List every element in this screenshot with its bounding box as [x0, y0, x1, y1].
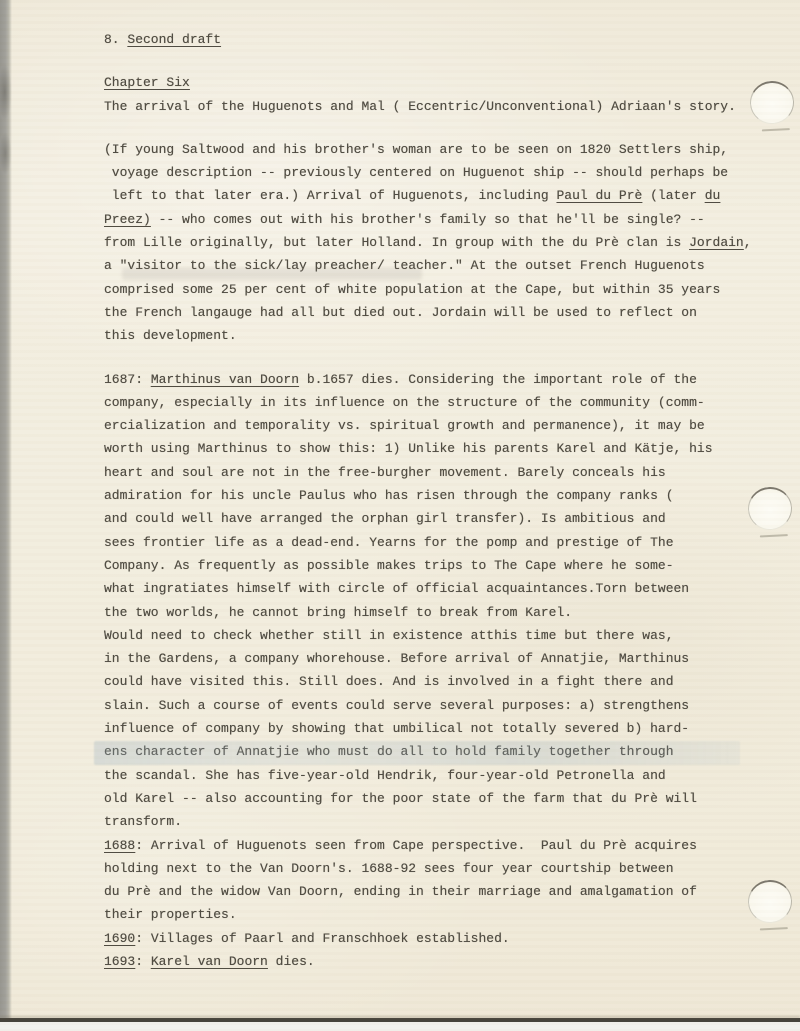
text-run: admiration for his uncle Paulus who has … — [104, 488, 674, 503]
typescript-line: The arrival of the Huguenots and Mal ( E… — [104, 95, 754, 118]
typescript-line: holding next to the Van Doorn's. 1688-92… — [104, 857, 754, 880]
text-run: a "visitor to the sick/lay preacher/ tea… — [104, 258, 705, 273]
typescript-line: heart and soul are not in the free-burgh… — [104, 461, 754, 484]
typescript-line: 1687: Marthinus van Doorn b.1657 dies. C… — [104, 368, 754, 391]
typescript-line: old Karel -- also accounting for the poo… — [104, 787, 754, 810]
text-run: sees frontier life as a dead-end. Yearns… — [104, 535, 674, 550]
text-run: slain. Such a course of events could ser… — [104, 698, 689, 713]
typescript-line — [104, 118, 754, 138]
typescript-line: slain. Such a course of events could ser… — [104, 694, 754, 717]
typescript-line: transform. — [104, 810, 754, 833]
typescript-line: and could well have arranged the orphan … — [104, 507, 754, 530]
typescript-line: left to that later era.) Arrival of Hugu… — [104, 184, 754, 207]
typescript-line: the French langauge had all but died out… — [104, 301, 754, 324]
underlined-text-run: Second draft — [127, 32, 221, 47]
typescript-line: Preez) -- who comes out with his brother… — [104, 208, 754, 231]
text-run: Company. As frequently as possible makes… — [104, 558, 674, 573]
text-run: worth using Marthinus to show this: 1) U… — [104, 441, 713, 456]
typescript-line — [104, 51, 754, 71]
text-run: could have visited this. Still does. And… — [104, 674, 674, 689]
typescript-line: 1688: Arrival of Huguenots seen from Cap… — [104, 834, 754, 857]
typescript-line: the scandal. She has five-year-old Hendr… — [104, 764, 754, 787]
typescript-line: sees frontier life as a dead-end. Yearns… — [104, 531, 754, 554]
text-run: old Karel -- also accounting for the poo… — [104, 791, 697, 806]
typescript-line: could have visited this. Still does. And… — [104, 670, 754, 693]
text-run: -- who comes out with his brother's fami… — [151, 212, 705, 227]
underlined-text-run: Paul du Prè — [556, 188, 642, 203]
text-run: company, especially in its influence on … — [104, 395, 705, 410]
typescript-line: company, especially in its influence on … — [104, 391, 754, 414]
text-run: influence of company by showing that umb… — [104, 721, 689, 736]
typescript-line: Chapter Six — [104, 71, 754, 94]
typescript-line: the two worlds, he cannot bring himself … — [104, 601, 754, 624]
typescript: 8. Second draft Chapter SixThe arrival o… — [104, 28, 754, 973]
text-run: from Lille originally, but later Holland… — [104, 235, 689, 250]
text-run: transform. — [104, 814, 182, 829]
typescript-line: 8. Second draft — [104, 28, 754, 51]
text-run: what ingratiates himself with circle of … — [104, 581, 689, 596]
text-run: in the Gardens, a company whorehouse. Be… — [104, 651, 689, 666]
underlined-text-run: Jordain — [689, 235, 744, 250]
underlined-text-run: Karel van Doorn — [151, 954, 268, 969]
underlined-text-run: 1693 — [104, 954, 135, 969]
text-run: (later — [642, 188, 704, 203]
typescript-line: ercialization and temporality vs. spirit… — [104, 414, 754, 437]
underlined-text-run: Preez) — [104, 212, 151, 227]
typescript-line: voyage description -- previously centere… — [104, 161, 754, 184]
text-run: (If young Saltwood and his brother's wom… — [104, 142, 728, 157]
text-run: , — [744, 235, 752, 250]
scan-edge-bottom — [0, 1018, 800, 1031]
text-run: the two worlds, he cannot bring himself … — [104, 605, 572, 620]
typescript-line: (If young Saltwood and his brother's wom… — [104, 138, 754, 161]
text-run: dies. — [268, 954, 315, 969]
text-run: left to that later era.) Arrival of Hugu… — [104, 188, 556, 203]
text-run: the scandal. She has five-year-old Hendr… — [104, 768, 666, 783]
typescript-line: this development. — [104, 324, 754, 347]
text-run: heart and soul are not in the free-burgh… — [104, 465, 666, 480]
text-run: The arrival of the Huguenots and Mal ( E… — [104, 99, 736, 114]
typescript-line — [104, 348, 754, 368]
underlined-text-run: 1688 — [104, 838, 135, 853]
text-run: ercialization and temporality vs. spirit… — [104, 418, 705, 433]
text-run: their properties. — [104, 907, 237, 922]
underlined-text-run: du — [705, 188, 721, 203]
underlined-text-run: 1690 — [104, 931, 135, 946]
typescript-line: from Lille originally, but later Holland… — [104, 231, 754, 254]
text-run: : — [135, 954, 151, 969]
text-run: du Prè and the widow Van Doorn, ending i… — [104, 884, 697, 899]
typescript-line: a "visitor to the sick/lay preacher/ tea… — [104, 254, 754, 277]
text-run: Would need to check whether still in exi… — [104, 628, 674, 643]
underlined-text-run: Chapter Six — [104, 75, 190, 90]
text-run: : Villages of Paarl and Franschhoek esta… — [135, 931, 509, 946]
text-run: b.1657 dies. Considering the important r… — [299, 372, 697, 387]
typescript-line: du Prè and the widow Van Doorn, ending i… — [104, 880, 754, 903]
text-run: this development. — [104, 328, 237, 343]
text-run: 1687: — [104, 372, 151, 387]
typescript-line: 1690: Villages of Paarl and Franschhoek … — [104, 927, 754, 950]
typescript-line: Would need to check whether still in exi… — [104, 624, 754, 647]
text-run: ens character of Annatjie who must do al… — [104, 744, 674, 759]
typescript-line: 1693: Karel van Doorn dies. — [104, 950, 754, 973]
typescript-line: in the Gardens, a company whorehouse. Be… — [104, 647, 754, 670]
scanned-page: 8. Second draft Chapter SixThe arrival o… — [0, 0, 800, 1031]
punch-hole — [748, 79, 796, 126]
typescript-line: influence of company by showing that umb… — [104, 717, 754, 740]
text-run: : Arrival of Huguenots seen from Cape pe… — [135, 838, 697, 853]
typescript-line: comprised some 25 per cent of white popu… — [104, 278, 754, 301]
underlined-text-run: Marthinus van Doorn — [151, 372, 299, 387]
text-run: voyage description -- previously centere… — [104, 165, 728, 180]
scan-edge-left — [0, 0, 12, 1022]
text-run: 8. — [104, 32, 127, 47]
text-run: holding next to the Van Doorn's. 1688-92… — [104, 861, 674, 876]
text-run: comprised some 25 per cent of white popu… — [104, 282, 720, 297]
text-run: and could well have arranged the orphan … — [104, 511, 666, 526]
typescript-line: what ingratiates himself with circle of … — [104, 577, 754, 600]
text-run: the French langauge had all but died out… — [104, 305, 697, 320]
typescript-line: their properties. — [104, 903, 754, 926]
typescript-line: admiration for his uncle Paulus who has … — [104, 484, 754, 507]
typescript-line: ens character of Annatjie who must do al… — [104, 740, 754, 763]
typescript-line: Company. As frequently as possible makes… — [104, 554, 754, 577]
typescript-line: worth using Marthinus to show this: 1) U… — [104, 437, 754, 460]
